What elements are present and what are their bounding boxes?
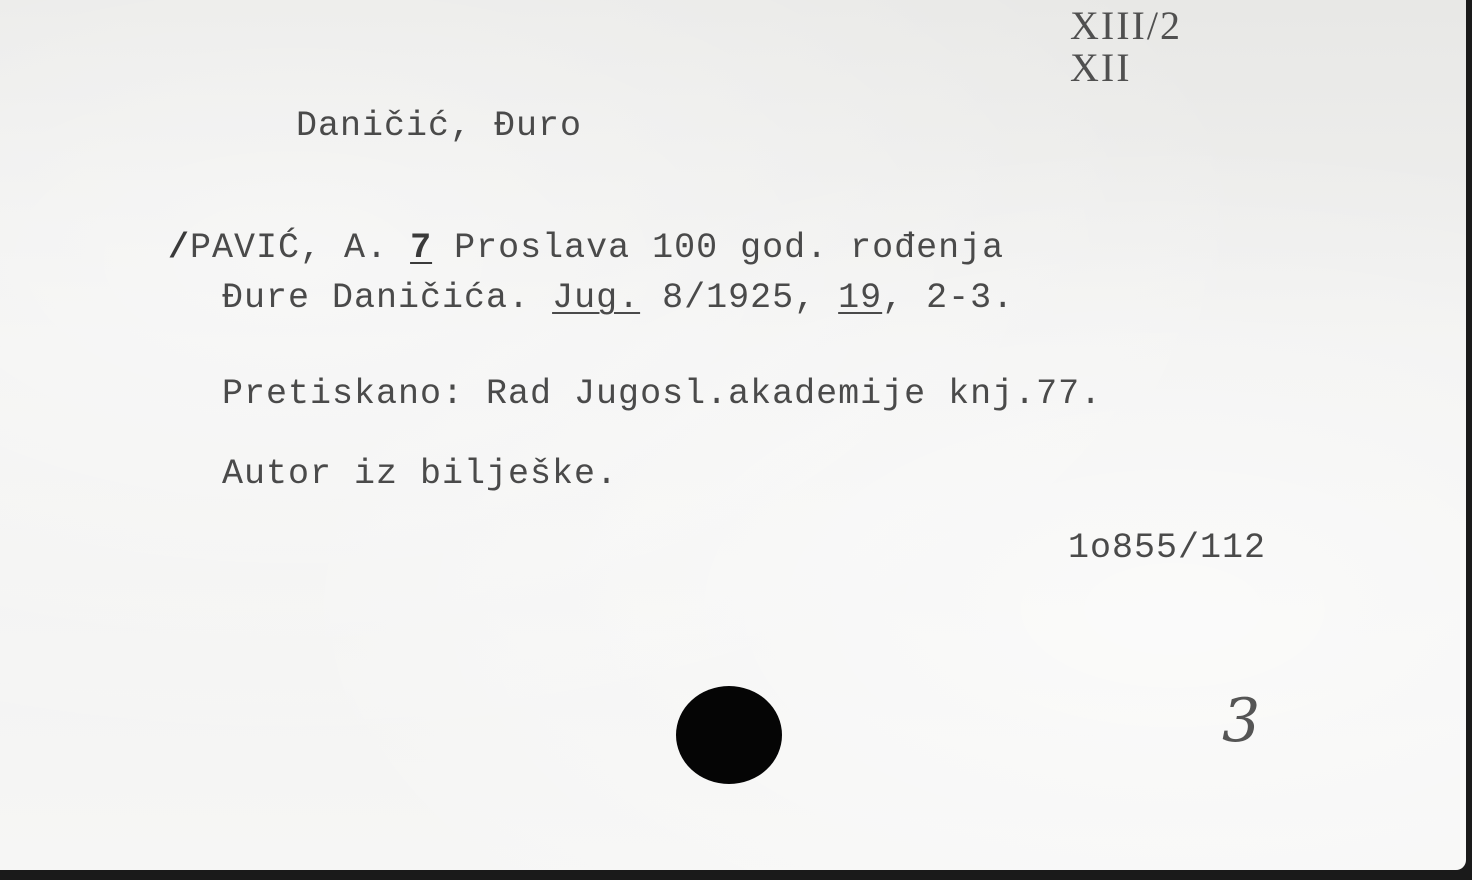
author-bracket-open: / — [168, 228, 190, 268]
page-range: , 2-3. — [882, 278, 1014, 318]
journal-number: 19 — [838, 278, 882, 318]
author-name: PAVIĆ, A. — [190, 228, 388, 268]
title-line-2: Đure Daničića. — [222, 278, 530, 318]
journal-issue: 8/1925, — [662, 278, 816, 318]
shelfmark-line-2: XII — [1070, 44, 1132, 91]
catalog-card: XIII/2 XII Daničić, Đuro /PAVIĆ, A. 7 Pr… — [0, 0, 1466, 870]
punch-hole — [676, 686, 782, 784]
title-line-1: Proslava 100 god. rođenja — [454, 228, 1004, 268]
note-reprint: Pretiskano: Rad Jugosl.akademije knj.77. — [222, 374, 1102, 414]
journal-abbrev: Jug. — [552, 278, 640, 318]
entry-line-1: /PAVIĆ, A. 7 Proslava 100 god. rođenja — [168, 228, 1004, 268]
shelfmark-line-1: XIII/2 — [1070, 2, 1182, 49]
subject-heading: Daničić, Đuro — [296, 106, 582, 146]
note-author: Autor iz bilješke. — [222, 454, 618, 494]
author-bracket-close: 7 — [410, 228, 432, 268]
entry-line-2: Đure Daničića. Jug. 8/1925, 19, 2-3. — [222, 278, 1014, 318]
accession-number: 1o855/112 — [1068, 528, 1266, 568]
handwritten-mark: 3 — [1222, 686, 1260, 756]
